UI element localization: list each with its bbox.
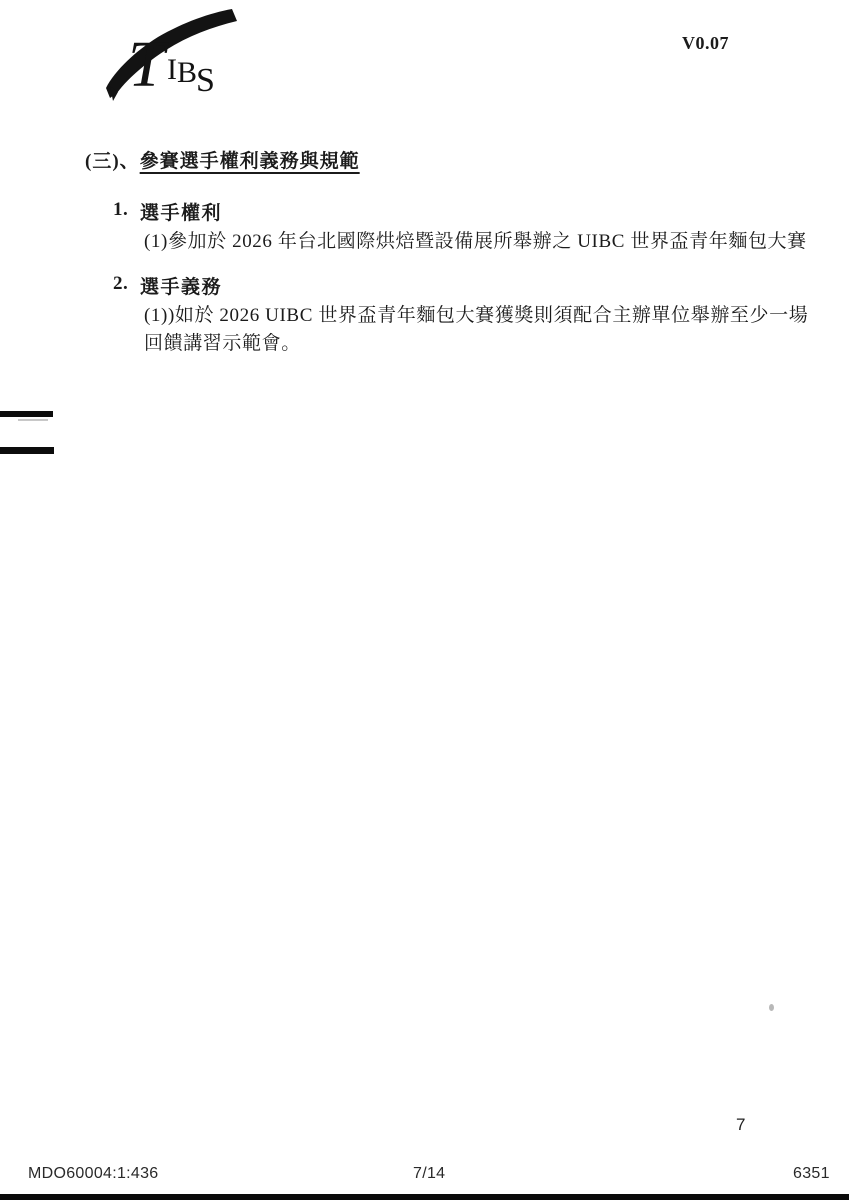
logo-letter-i: I [167,53,177,86]
list-number-1: 1. [113,199,128,221]
scan-edge-bar-bottom [0,447,54,454]
section-heading-title: 參賽選手權利義務與規範 [140,151,360,172]
footer-document-code: MDO60004:1:436 [28,1165,159,1183]
footer-sheet-indicator: 7/14 [413,1165,445,1183]
list-item-text: (1))如於 2026 UIBC 世界盃青年麵包大賽獲獎則須配合主辦單位舉辦至少… [144,300,808,327]
list-item-text-continued: 回饋講習示範會。 [144,328,301,355]
section-heading: (三)、參賽選手權利義務與規範 [85,146,360,173]
tibs-logo: T I B S [100,2,260,110]
list-title-player-obligations: 選手義務 [140,272,222,299]
list-number-2: 2. [113,273,128,295]
logo-letter-b: B [177,56,197,89]
scan-speck-artifact [769,1004,774,1011]
version-label: V0.07 [682,33,729,54]
scan-bottom-edge-bar [0,1194,849,1200]
logo-letter-t: T [128,28,169,101]
logo-letter-s: S [196,62,215,99]
page-number: 7 [736,1115,745,1135]
scan-edge-bar-top [0,411,53,417]
footer-stamp-number: 6351 [793,1165,830,1183]
document-page: T I B S V0.07 (三)、參賽選手權利義務與規範 1. 選手權利 (1… [0,0,849,1200]
section-heading-prefix: (三)、 [85,151,140,172]
scan-artifact-line [18,419,48,421]
list-item-text: (1)參加於 2026 年台北國際烘焙暨設備展所舉辦之 UIBC 世界盃青年麵包… [144,226,807,253]
list-title-player-rights: 選手權利 [140,198,222,225]
